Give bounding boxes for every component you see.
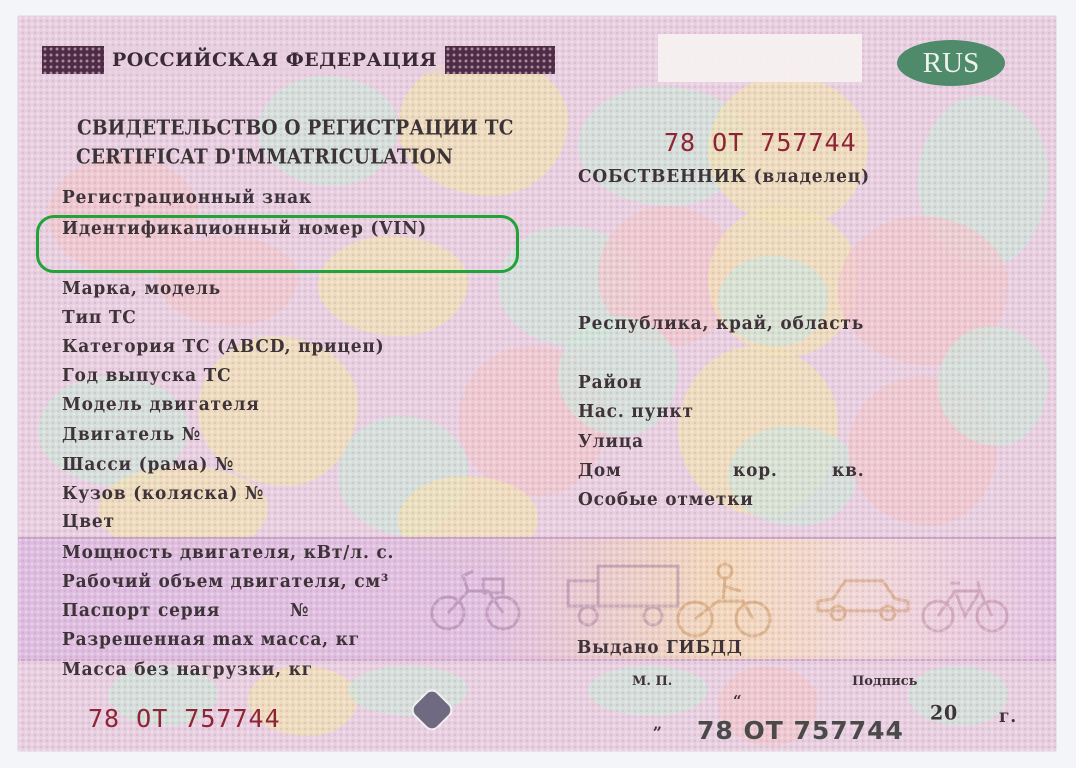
bg-pattern [938,326,1048,446]
field-registration-plate: Регистрационный знак [62,188,312,209]
field-special-notes: Особые отметки [578,490,754,511]
series-number-bottom-right: 78 ОТ 757744 [697,716,904,745]
field-district: Район [578,373,642,394]
field-make-model: Марка, модель [62,279,221,300]
motorcycle-icon [428,561,523,636]
country-header: РОССИЙСКАЯ ФЕДЕРАЦИЯ [42,46,555,74]
field-house: Дом [578,461,622,482]
document-title-ru: СВИДЕТЕЛЬСТВО О РЕГИСТРАЦИИ ТС [77,117,514,140]
field-locality: Нас. пункт [578,402,694,423]
stamp-label: М. П. [632,674,672,689]
field-empty-mass: Масса без нагрузки, кг [62,660,313,681]
truck-icon [563,561,683,631]
field-passport-number-sign: № [290,601,309,622]
field-issued-by: Выдано ГИБДД [577,638,743,659]
field-passport-series: Паспорт серия [62,601,220,622]
field-building: кор. [733,461,778,482]
field-owner: СОБСТВЕННИК (владелец) [578,167,870,188]
field-max-mass: Разрешенная max масса, кг [62,630,360,651]
field-category: Категория ТС (ABCD, прицеп) [62,337,384,358]
field-body-number: Кузов (коляска) № [62,484,264,505]
ornament-right [445,46,555,74]
country-code-badge: RUS [897,40,1005,86]
ornament-left [42,46,104,74]
field-engine-power: Мощность двигателя, кВт/л. с. [62,543,394,564]
field-engine-number: Двигатель № [62,425,201,446]
quote-open: „ [653,714,662,733]
field-vehicle-type: Тип ТС [62,308,137,329]
field-region: Республика, край, область [578,314,864,335]
field-engine-volume: Рабочий объем двигателя, см³ [62,572,389,593]
country-name: РОССИЙСКАЯ ФЕДЕРАЦИЯ [104,46,445,74]
field-chassis-number: Шасси (рама) № [62,455,234,476]
year-suffix: г. [999,707,1017,728]
car-icon [813,571,913,621]
field-engine-model: Модель двигателя [62,395,260,416]
vin-highlight-outline [36,215,519,273]
band-border-top [18,537,1056,539]
blank-field [658,34,862,82]
motorcyclist-icon [673,561,773,641]
field-color: Цвет [62,512,115,533]
series-number-top: 78 ОТ 757744 [664,128,857,157]
quote-close: “ [733,692,742,710]
signature-label: Подпись [852,674,918,689]
field-apartment: кв. [832,461,864,482]
bicycle-icon [920,571,1010,636]
year-prefix: 20 [930,701,958,724]
series-number-bottom-left: 78 ОТ 757744 [88,704,281,733]
field-street: Улица [578,432,644,453]
field-year: Год выпуска ТС [62,366,231,387]
document-title-fr: CERTIFICAT D'IMMATRICULATION [76,146,453,169]
